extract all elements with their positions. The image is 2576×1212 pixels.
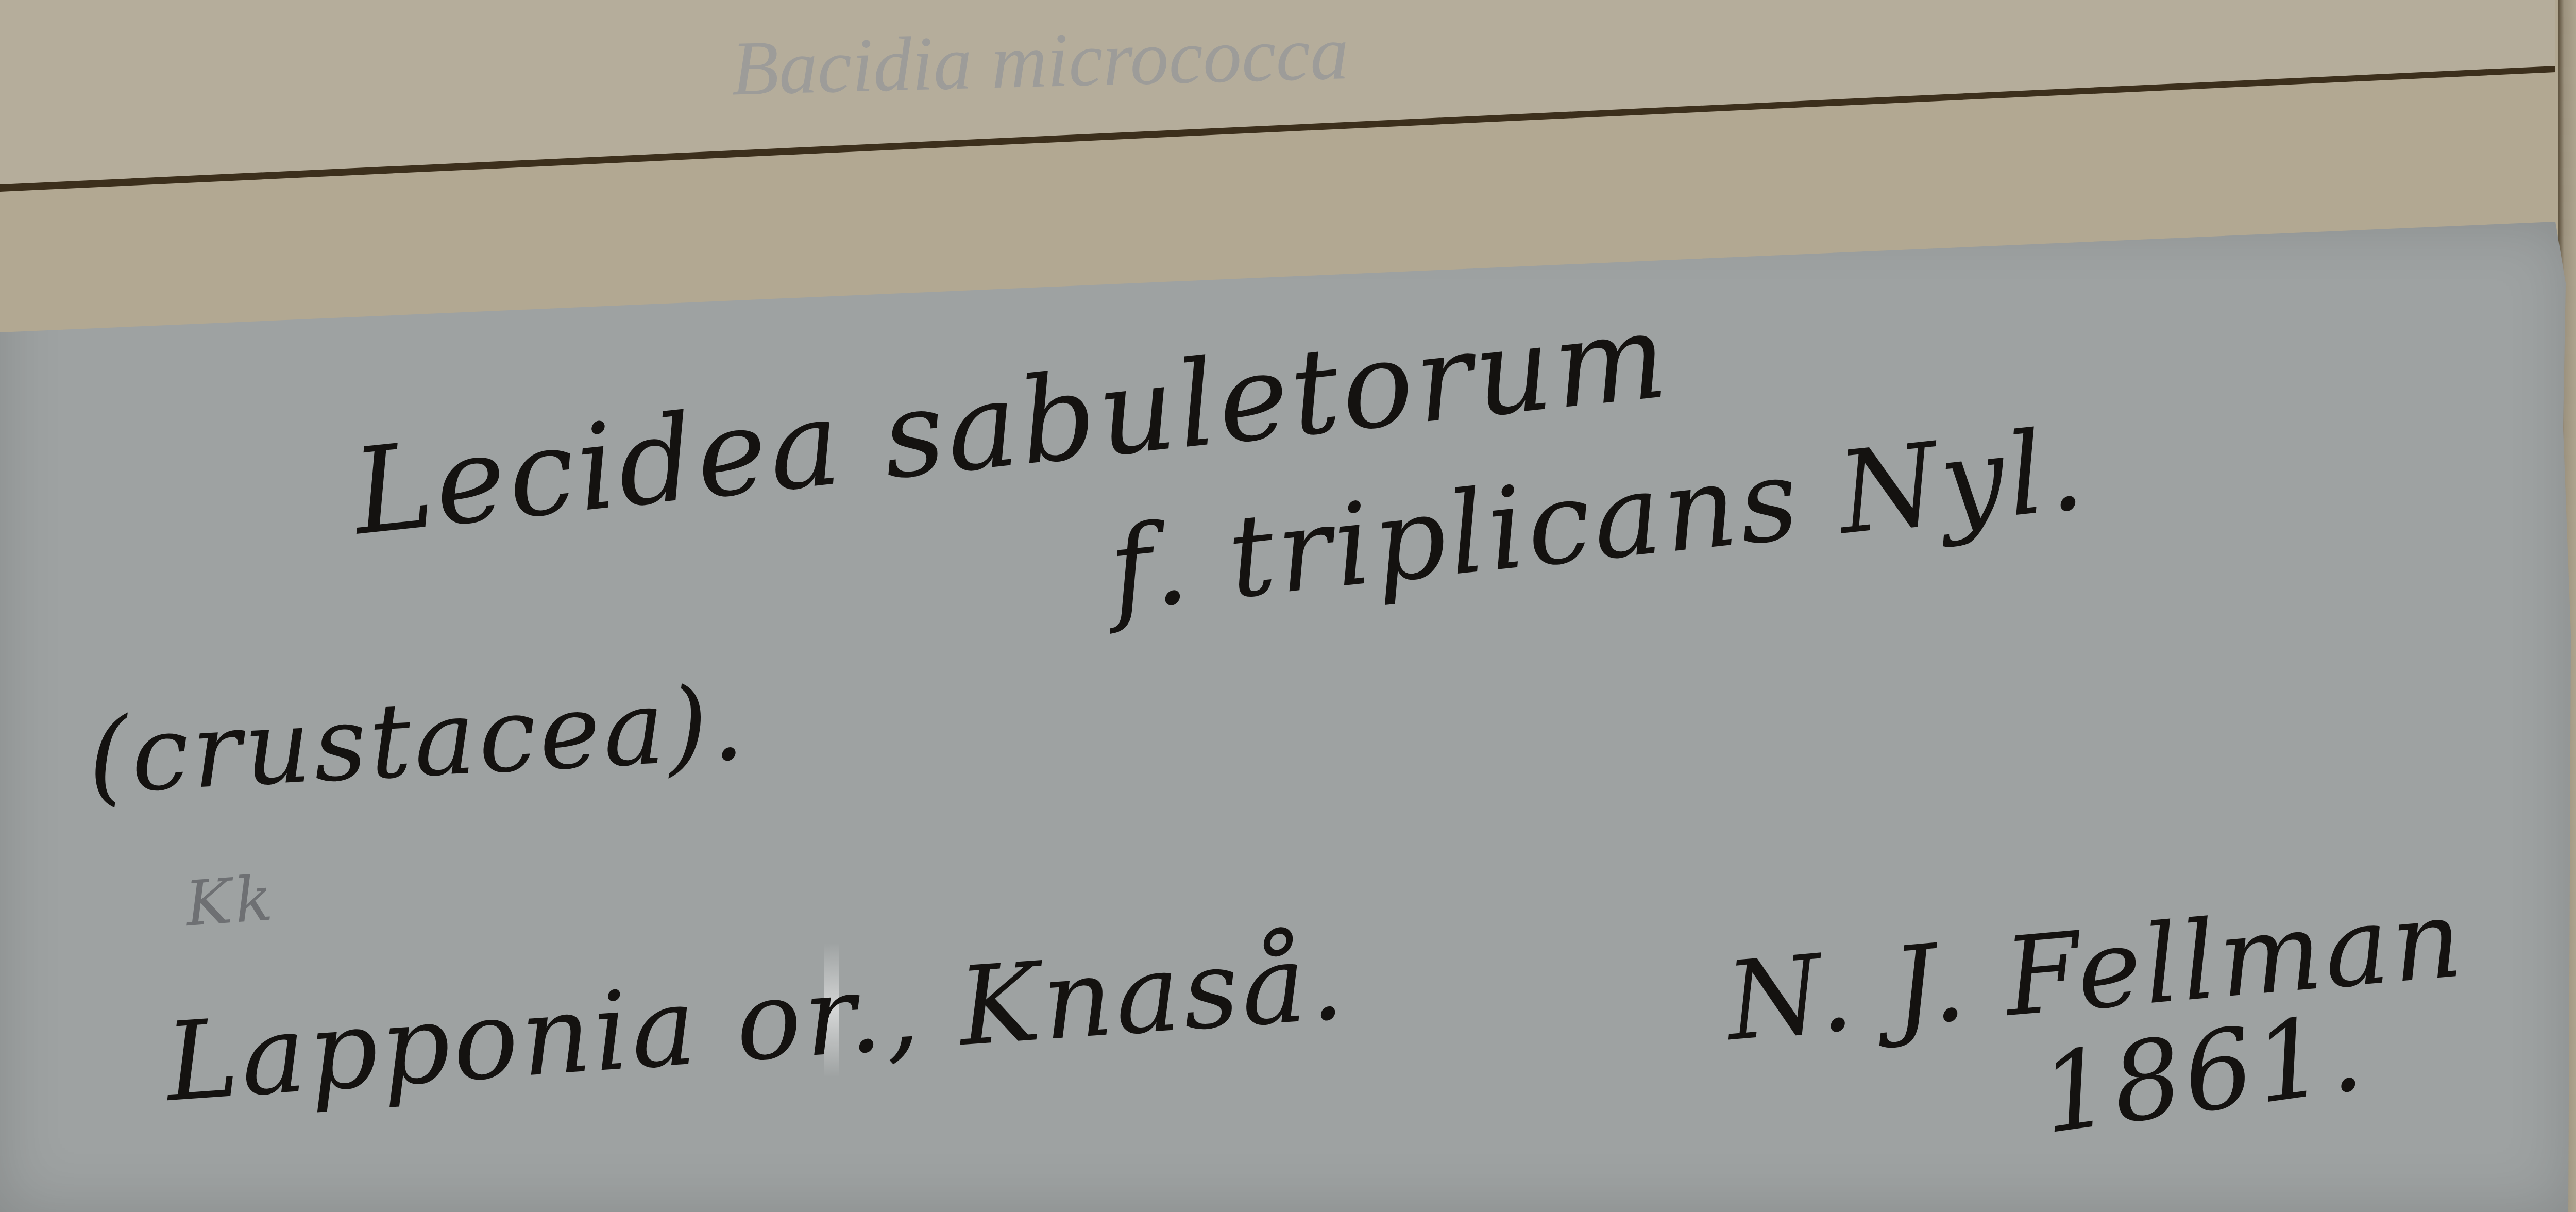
herbarium-specimen: Bacidia micrococca Lecidea sabuletorum f… (0, 0, 2576, 1212)
pencil-mark: Kk (183, 863, 278, 940)
